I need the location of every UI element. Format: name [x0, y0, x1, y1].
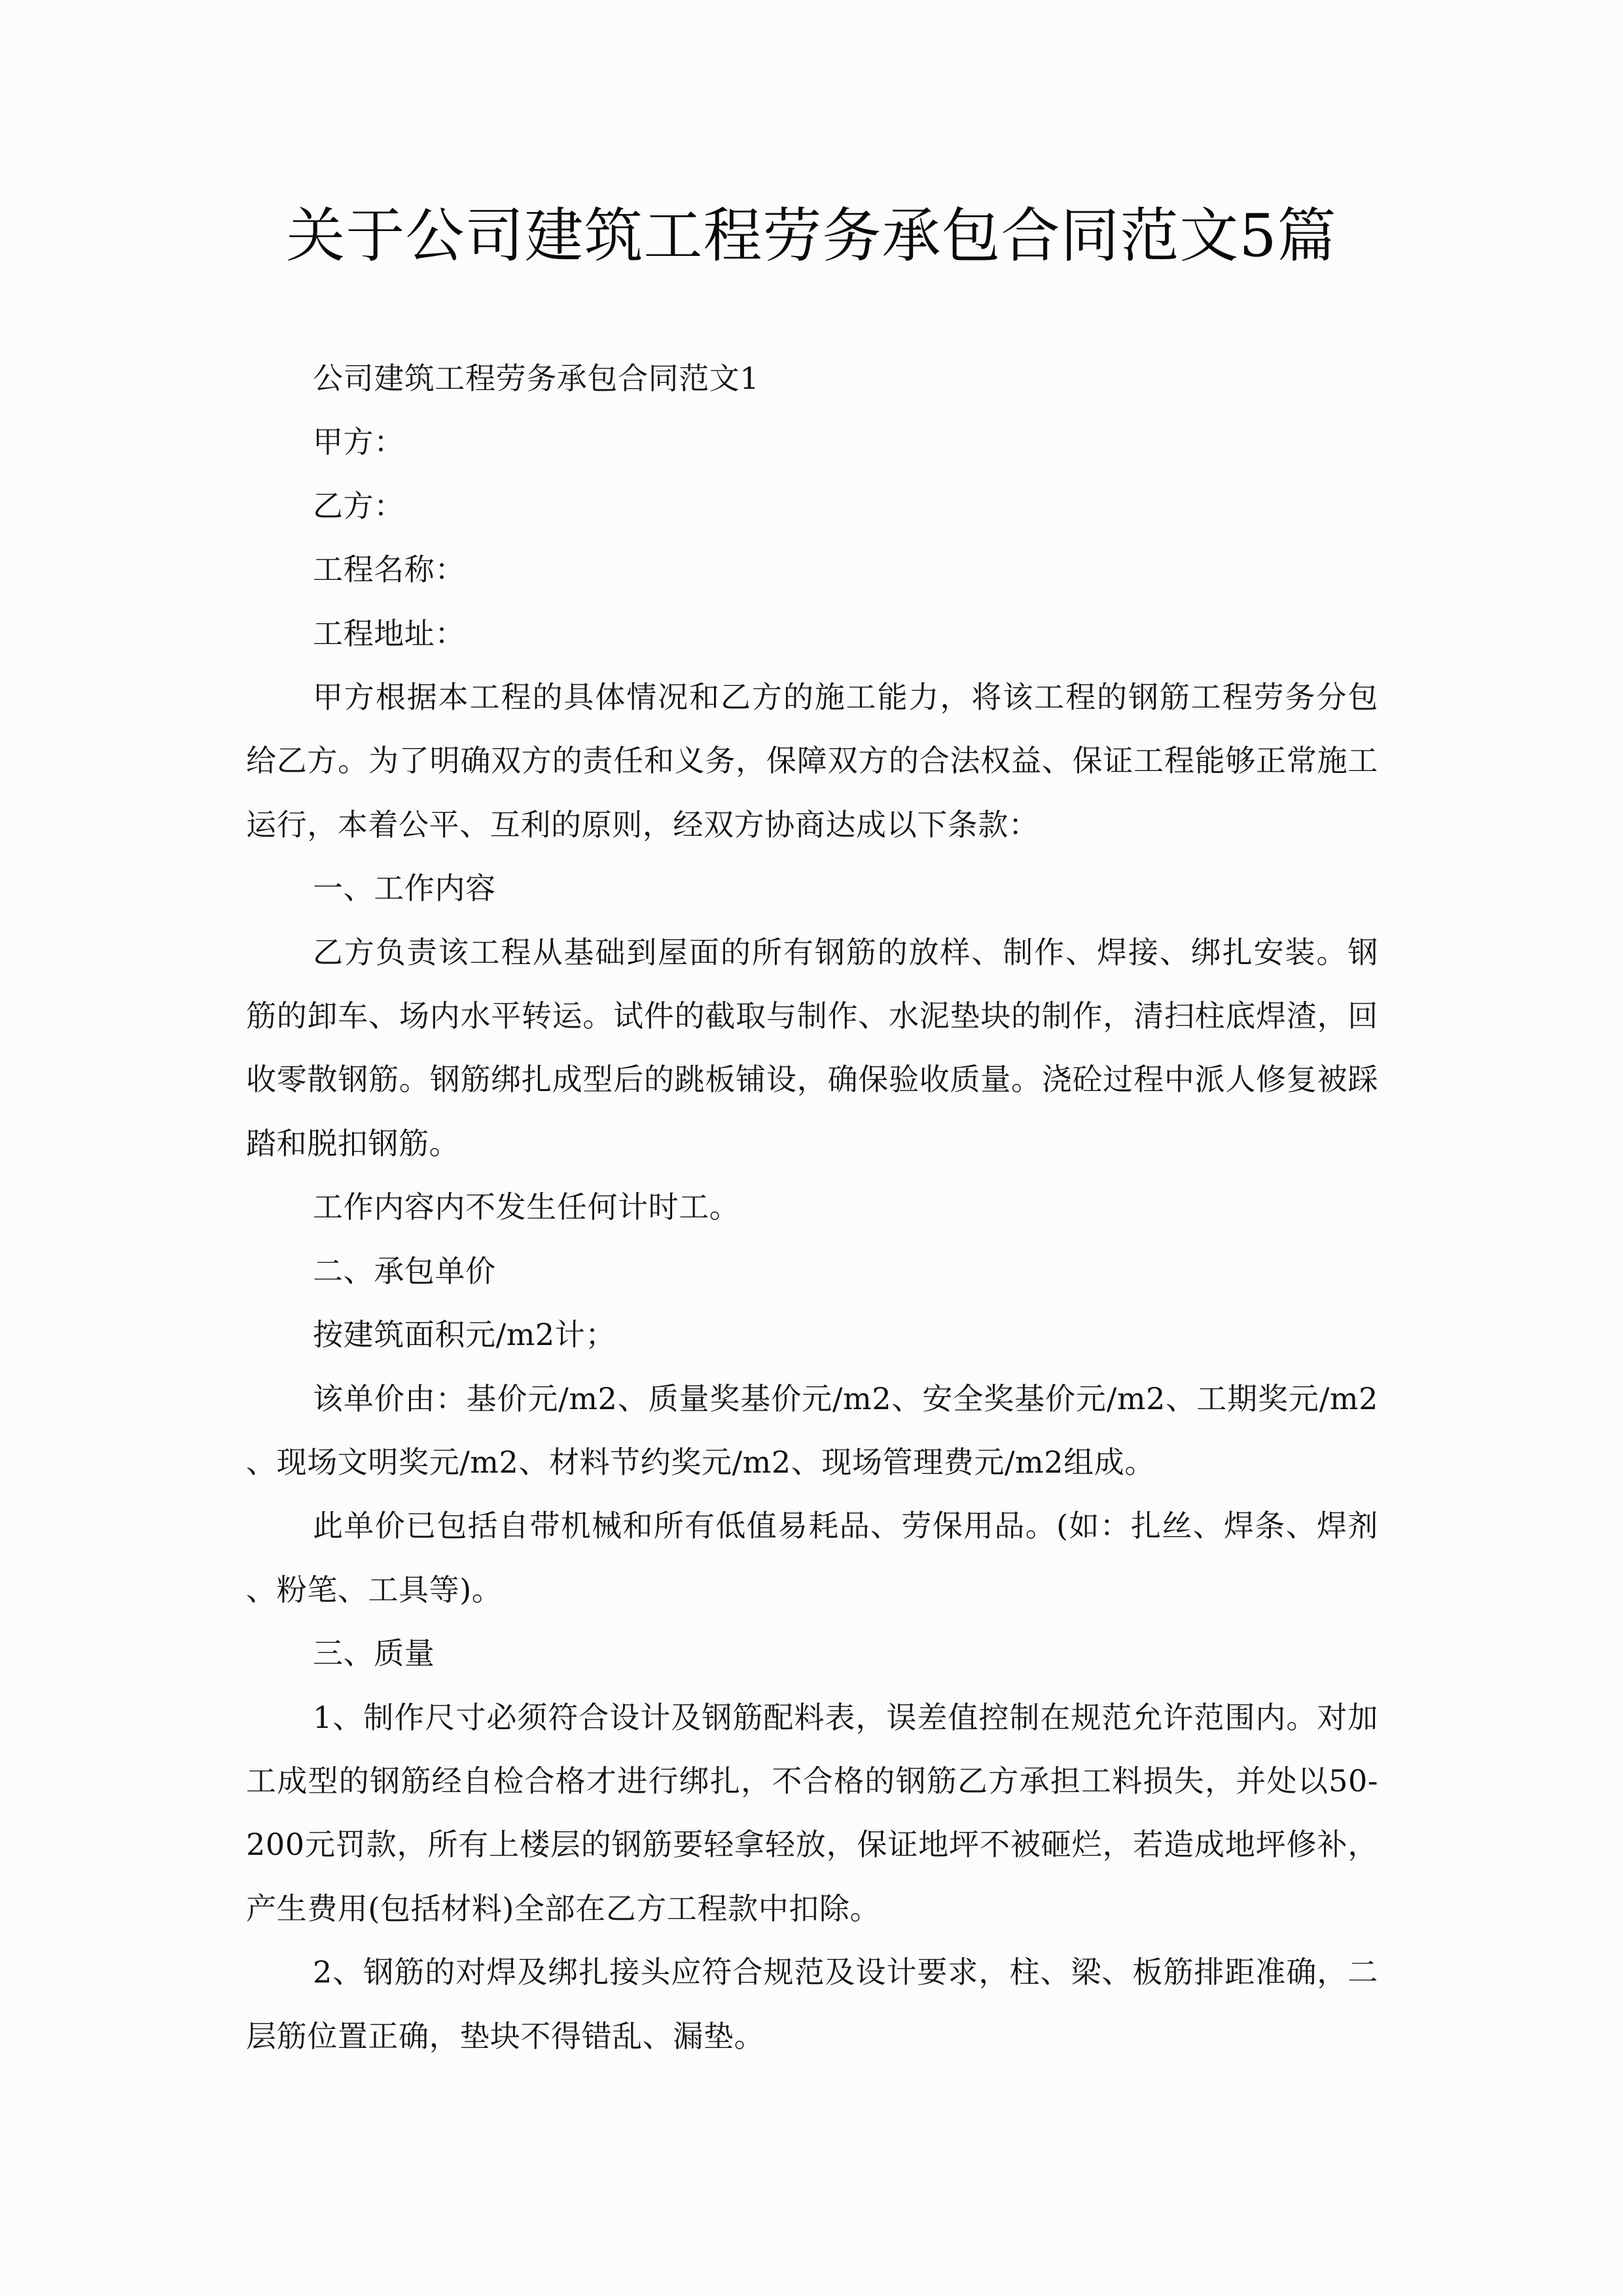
party-a-field: 甲方： — [246, 410, 1378, 474]
quality-clause-2: 2、钢筋的对焊及绑扎接头应符合规范及设计要求，柱、梁、板筋排距准确，二层筋位置正… — [246, 1941, 1378, 2068]
no-hourly-work-paragraph: 工作内容内不发生任何计时工。 — [246, 1175, 1378, 1239]
section-heading-contract-1: 公司建筑工程劳务承包合同范文1 — [246, 347, 1378, 410]
document-title: 关于公司建筑工程劳务承包合同范文5篇 — [0, 194, 1623, 279]
unit-price-composition-paragraph: 该单价由：基价元/m2、质量奖基价元/m2、安全奖基价元/m2、工期奖元/m2、… — [246, 1367, 1378, 1495]
section-heading-quality: 三、质量 — [246, 1622, 1378, 1685]
party-b-field: 乙方： — [246, 475, 1378, 538]
project-name-field: 工程名称： — [246, 538, 1378, 601]
document-page: 关于公司建筑工程劳务承包合同范文5篇 公司建筑工程劳务承包合同范文1 甲方： 乙… — [0, 0, 1623, 2296]
project-address-field: 工程地址： — [246, 602, 1378, 666]
work-content-paragraph: 乙方负责该工程从基础到屋面的所有钢筋的放样、制作、焊接、绑扎安装。钢筋的卸车、场… — [246, 921, 1378, 1176]
unit-price-inclusions-paragraph: 此单价已包括自带机械和所有低值易耗品、劳保用品。(如：扎丝、焊条、焊剂、粉笔、工… — [246, 1494, 1378, 1622]
unit-price-basis-paragraph: 按建筑面积元/m2计； — [246, 1303, 1378, 1367]
preamble-paragraph: 甲方根据本工程的具体情况和乙方的施工能力，将该工程的钢筋工程劳务分包给乙方。为了… — [246, 666, 1378, 857]
document-body: 公司建筑工程劳务承包合同范文1 甲方： 乙方： 工程名称： 工程地址： 甲方根据… — [246, 347, 1378, 2068]
quality-clause-1: 1、制作尺寸必须符合设计及钢筋配料表，误差值控制在规范允许范围内。对加工成型的钢… — [246, 1686, 1378, 1941]
section-heading-unit-price: 二、承包单价 — [246, 1240, 1378, 1303]
section-heading-work-content: 一、工作内容 — [246, 857, 1378, 920]
